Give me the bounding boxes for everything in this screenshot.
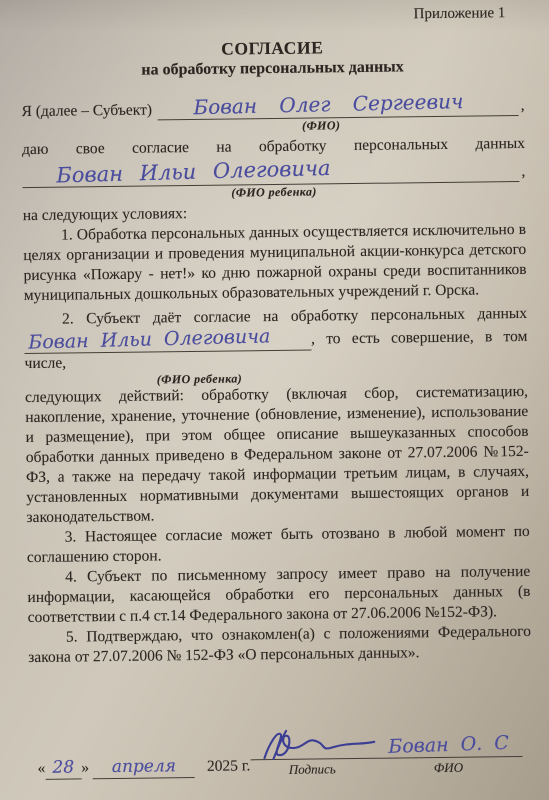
appendix-label: Приложение 1	[20, 3, 523, 29]
day-blank: 28	[45, 758, 81, 779]
month-blank: апреля	[93, 757, 195, 779]
clause-3: 3. Настоящее согласие может быть отозван…	[27, 522, 530, 568]
child-trailing-comma: ,	[521, 162, 525, 182]
signature-scribble	[252, 723, 379, 767]
signature-group: Подпись	[250, 722, 375, 778]
subject-prefix: Я (далее – Субъект)	[21, 100, 152, 122]
signature-line	[250, 722, 374, 761]
photographed-paper-background: Приложение 1 СОГЛАСИЕ на обработку персо…	[0, 0, 549, 800]
subject-name-blank: Бован Олег Сергеевич	[158, 91, 519, 120]
clause-5: 5. Подтверждаю, что ознакомлен(а) с поло…	[28, 622, 531, 668]
open-quote: «	[37, 760, 45, 777]
handwritten-child-name-2: Бован Ильи Олеговича	[24, 326, 270, 352]
handwritten-child-name: Бован Ильи Олеговича	[22, 157, 331, 189]
clause-2-child-blank: Бован Ильи Олеговича	[24, 328, 311, 355]
fio-group-caption: ФИО	[374, 759, 523, 776]
subject-trailing-comma: ,	[521, 96, 525, 116]
signature-block: «28» апреля2025 г. Подпись Бован О. С ФИ…	[29, 720, 533, 780]
handwritten-subject-name: Бован Олег Сергеевич	[158, 90, 464, 119]
clause-2-body: следующих действий: обработку (включая с…	[25, 382, 530, 528]
clause-4: 4. Субъект по письменному запросу имеет …	[27, 562, 531, 628]
year-label: 2025 г.	[207, 757, 251, 775]
handwritten-signer-name: Бован О. С	[387, 731, 508, 759]
clause-2-handwritten-line: Бован Ильи Олеговича, то есть совершение…	[24, 325, 527, 374]
close-quote: »	[81, 759, 89, 776]
handwritten-month: апреля	[112, 756, 176, 777]
fio-line: Бован О. С	[374, 732, 523, 759]
clause-1: 1. Обработка персональных данных осущест…	[23, 220, 527, 306]
consent-phrase: даю свое согласие на обработку персональ…	[22, 134, 525, 160]
date-group: «28» апреля2025 г.	[37, 756, 250, 780]
fio-group: Бован О. С ФИО	[374, 732, 523, 776]
handwritten-day: 28	[52, 757, 74, 777]
consent-document: Приложение 1 СОГЛАСИЕ на обработку персо…	[0, 0, 549, 780]
